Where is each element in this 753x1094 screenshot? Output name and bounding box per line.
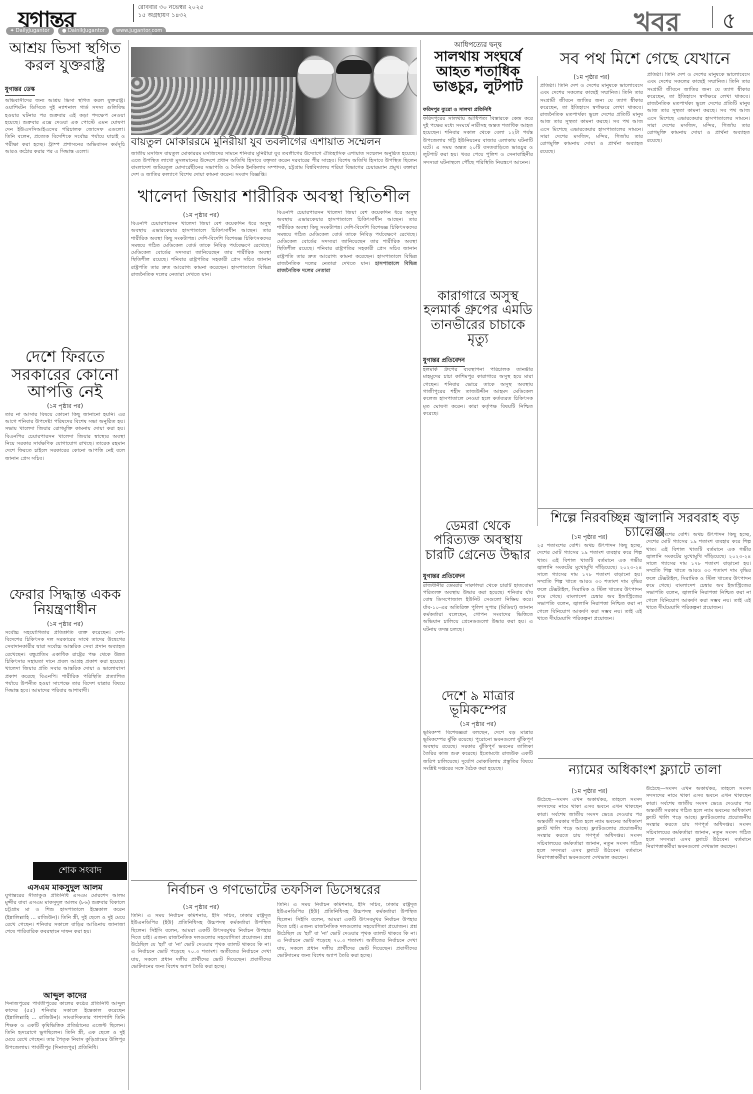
condolence-banner: শোক সংবাদ <box>33 862 127 880</box>
article-saltha-clash: আধিপত্যের দ্বন্দ্ব সালথায় সংঘর্ষে আহত শ… <box>423 42 533 281</box>
all-paths-col-1: (১ম পৃষ্ঠার পর) প্রতিষ্ঠা। তিনি দেশ ও দে… <box>540 72 643 493</box>
headline[interactable]: কারাগারে অসুস্থ হলমার্ক গ্রুপের এমডি তান… <box>423 290 533 347</box>
divider <box>133 4 134 22</box>
byline: যুগান্তর ডেস্ক <box>5 84 35 96</box>
article-body: প্রতিষ্ঠা। তিনি দেশ ও দেশের মানুষকে ভালো… <box>540 83 643 493</box>
photo-caption-block: বায়তুল মোকাররমে মুনিরীয়া যুব তবলীগের এ… <box>131 137 417 195</box>
article-body: বিএনপি চেয়ারপারসন খালেদা জিয়া বেশ কয়ে… <box>131 221 271 891</box>
condolence-item: এসএম মাকসুদুল আলম যুগান্তরের সীতাকুণ্ড প… <box>5 884 125 993</box>
article-body: সর্বোচ্চ সহযোগিতার প্রতিশ্রুতি ব্যক্ত কর… <box>5 630 125 840</box>
facebook-link[interactable]: ● DainikJugantor <box>58 27 109 35</box>
article-grenade: ডেমরা থেকে পরিত্যক্ত অবস্থায় চারটি গ্রে… <box>423 520 533 708</box>
article-body: উঠেছে—সংসদ এখন অকার্যকর, তাহলে সংসদ সদস্… <box>646 786 751 1091</box>
article-khaleda-zia: খালেদা জিয়ার শারীরিক অবস্থা স্থিতিশীল <box>131 188 417 207</box>
continued-label: (১ম পৃষ্ঠার পর) <box>5 619 125 630</box>
article-body: তিনি। এ সময় নির্বাচন কমিশনার, ইসি সচিব,… <box>131 913 271 1093</box>
divider <box>131 880 417 881</box>
article-election: নির্বাচন ও গণভোটের তফসিল ডিসেম্বরের <box>131 884 417 898</box>
khaleda-col-2: বিএনপি চেয়ারপারসন খালেদা জিয়া বেশ কয়ে… <box>277 210 417 880</box>
article-body: বিএনপি চেয়ারপারসন খালেদা জিয়া বেশ কয়ে… <box>277 210 417 880</box>
khaleda-col-1: (১ম পৃষ্ঠার পর) বিএনপি চেয়ারপারসন খালেদ… <box>131 210 271 891</box>
continued-label: (১ম পৃষ্ঠার পর) <box>540 72 643 83</box>
article-all-paths: সব পথ মিশে গেছে যেখানে <box>540 50 750 68</box>
article-back-home: দেশে ফিরতে সরকারের কোনো আপত্তি নেই (১ম প… <box>5 348 125 608</box>
byline: ফরিদপুর ব্যুরো ও সালথা প্রতিনিধি <box>423 107 491 116</box>
masthead: যুগান্তর রোববার ৩০ নভেম্বর ২০২৫ ১৫ অগ্রহ… <box>0 0 753 36</box>
article-body: তিনি। এ সময় নির্বাচন কমিশনার, ইসি সচিব,… <box>277 902 417 1087</box>
date-bengali: ১৫ অগ্রহায়ণ ১৪৩২ <box>138 12 204 20</box>
article-body: তার না আসার বিষয়ে কোনো কিছু জানানো হয়ন… <box>5 412 125 608</box>
election-col-1: (১ম পৃষ্ঠার পর) তিনি। এ সময় নির্বাচন কম… <box>131 902 271 1093</box>
headline[interactable]: সালথায় সংঘর্ষে আহত শতাধিক ভাঙচুর, লুটপা… <box>423 50 533 96</box>
article-asylum-visa: আশ্রয় ভিসা স্থগিত করল যুক্তরাষ্ট্র যুগা… <box>5 40 125 363</box>
divider <box>538 758 753 759</box>
event-photo[interactable] <box>131 47 417 135</box>
continued-label: (১ম পৃষ্ঠার পর) <box>5 401 125 412</box>
headline[interactable]: দেশে ফিরতে সরকারের কোনো আপত্তি নেই <box>5 348 125 401</box>
issue-date: রোববার ৩০ নভেম্বর ২০২৫ ১৫ অগ্রহায়ণ ১৪৩২ <box>138 4 204 20</box>
headline[interactable]: দেশে ৯ মাত্রার ভূমিকম্পের <box>423 690 533 719</box>
gas-col-2: ২৫ শতাংশের বেশি। অথচ উৎপাদন কিছু হচ্ছে, … <box>646 532 751 752</box>
date-gregorian: রোববার ৩০ নভেম্বর ২০২৫ <box>138 4 204 12</box>
election-col-2: তিনি। এ সময় নির্বাচন কমিশনার, ইসি সচিব,… <box>277 902 417 1087</box>
continued-label: (১ম পৃষ্ঠার পর) <box>131 902 271 913</box>
gas-col-1: (১ম পৃষ্ঠার পর) ২৫ শতাংশের বেশি। অথচ উৎপ… <box>537 532 642 753</box>
headline[interactable]: নির্বাচন ও গণভোটের তফসিল ডিসেম্বরের <box>131 884 417 898</box>
article-body: ফরিদপুরের সালথায় আধিপত্য বিস্তারকে কেন্… <box>423 116 533 281</box>
column-divider <box>537 76 538 526</box>
condolence-body: যুগান্তরের সীতাকুণ্ড প্রতিনিধি এসএম মোরশ… <box>5 893 125 993</box>
byline: যুগান্তর প্রতিবেদন <box>423 355 465 367</box>
condolence-item: আব্দুল কাদের দিনাজপুরের পার্বতীপুরের কাল… <box>5 992 125 1091</box>
divider <box>538 508 753 509</box>
deceased-name: আব্দুল কাদের <box>5 992 125 1001</box>
twitter-link[interactable]: ✦ DailyJugantor <box>6 27 54 35</box>
article-body: উঠেছে—সংসদ এখন অকার্যকর, তাহলে সংসদ সদস্… <box>537 797 642 1094</box>
continued-label: (১ম পৃষ্ঠার পর) <box>537 786 642 797</box>
caption-headline[interactable]: বায়তুল মোকাররমে মুনিরীয়া যুব তবলীগের এ… <box>131 137 417 149</box>
article-body: ২৫ শতাংশের বেশি। অথচ উৎপাদন কিছু হচ্ছে, … <box>537 543 642 753</box>
article-body: ভূমিকম্প বিশেষজ্ঞরা বলছেন, দেশে বড় মাত্… <box>423 730 533 1080</box>
headline[interactable]: ডেমরা থেকে পরিত্যক্ত অবস্থায় চারটি গ্রে… <box>423 520 533 563</box>
continued-label: (১ম পৃষ্ঠার পর) <box>423 719 533 730</box>
nam-col-1: (১ম পৃষ্ঠার পর) উঠেছে—সংসদ এখন অকার্যকর,… <box>537 786 642 1094</box>
article-earthquake: দেশে ৯ মাত্রার ভূমিকম্পের (১ম পৃষ্ঠার পর… <box>423 690 533 1080</box>
condolence-body: দিনাজপুরের পার্বতীপুরের কালের কণ্ঠের প্র… <box>5 1001 125 1091</box>
byline: যুগান্তর প্রতিবেদন <box>423 571 465 583</box>
divider <box>712 6 713 28</box>
headline[interactable]: খালেদা জিয়ার শারীরিক অবস্থা স্থিতিশীল <box>131 188 417 207</box>
article-decision: ফেরার সিদ্ধান্ত একক নিয়ন্ত্রণাধীন (১ম প… <box>5 588 125 840</box>
article-prison-death: কারাগারে অসুস্থ হলমার্ক গ্রুপের এমডি তান… <box>423 290 533 522</box>
nam-col-2: উঠেছে—সংসদ এখন অকার্যকর, তাহলে সংসদ সদস্… <box>646 786 751 1091</box>
article-body: হলমার্ক গ্রুপের ব্যবস্থাপনা পরিচালক তানভ… <box>423 367 533 522</box>
section-name: খবর <box>634 2 680 46</box>
continued-label: (১ম পৃষ্ঠার পর) <box>131 210 271 221</box>
continued-label: (১ম পৃষ্ঠার পর) <box>537 532 642 543</box>
article-body: অভিবাসীদের জন্য আশ্রয় ভিসা স্থগিত করল য… <box>5 98 125 363</box>
column-divider <box>420 40 421 1090</box>
headline[interactable]: আশ্রয় ভিসা স্থগিত করল যুক্তরাষ্ট্র <box>5 40 125 73</box>
crowd-image <box>131 77 296 135</box>
article-body: প্রতিষ্ঠা। তিনি দেশ ও দেশের মানুষকে ভালো… <box>647 72 750 512</box>
all-paths-col-2: প্রতিষ্ঠা। তিনি দেশ ও দেশের মানুষকে ভালো… <box>647 72 750 512</box>
article-nam-flats: ন্যামের অধিকাংশ ফ্ল্যাটে তালা <box>537 764 753 778</box>
headline[interactable]: ফেরার সিদ্ধান্ত একক নিয়ন্ত্রণাধীন <box>5 588 125 619</box>
headline[interactable]: ন্যামের অধিকাংশ ফ্ল্যাটে তালা <box>537 764 753 778</box>
article-body: ২৫ শতাংশের বেশি। অথচ উৎপাদন কিছু হচ্ছে, … <box>646 532 751 752</box>
deceased-name: এসএম মাকসুদুল আলম <box>5 884 125 893</box>
headline[interactable]: সব পথ মিশে গেছে যেখানে <box>540 50 750 68</box>
column-divider <box>128 40 129 1090</box>
page-number: ৫ <box>722 4 736 41</box>
